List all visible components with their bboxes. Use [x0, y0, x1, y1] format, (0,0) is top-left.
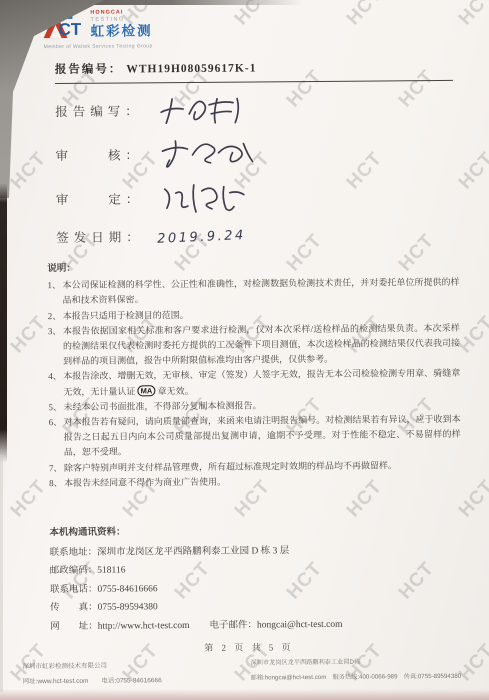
contact-label: 联系地址： [50, 547, 98, 557]
notes-title: 说明： [47, 259, 459, 277]
report-writer-signature-scribble [155, 91, 255, 130]
reviewer-row: 审 核： [55, 145, 143, 180]
approver-row: 审 定： [56, 189, 144, 224]
scanned-report-page: HCTHCTHCTHCTHCTHCTHCTHCTHCTHCTHCTHCTHCTH… [0, 0, 489, 700]
contact-row: 网 址：http://www.hct-test.com电子邮件：hongcai@… [50, 614, 470, 636]
contact-rows: 联系地址：深圳市龙岗区龙平西路鹏利泰工业园 D 栋 3 层邮政编码：518116… [50, 540, 471, 636]
contact-value: 518116 [97, 566, 125, 576]
notes-section: 说明： 1、本公司保证检测的科学性、公正性和准确性，对检测数据负检测技术责任，并… [47, 259, 461, 491]
note-number: 3、 [48, 324, 62, 339]
note-number: 5、 [48, 400, 62, 415]
note-number: 7、 [49, 461, 63, 476]
cma-badge: MA [138, 385, 156, 396]
contact-value: http://www.hct-test.com [98, 620, 190, 631]
reviewer-signature-scribble [155, 135, 259, 174]
contact-label: 电子邮件： [209, 620, 257, 630]
report-number-label: 报告编号： [55, 64, 123, 77]
contact-value: hongcai@hct-test.com [257, 619, 343, 630]
report-writer-label: 报告编写： [55, 104, 143, 119]
note-number: 6、 [49, 415, 63, 430]
footer-company-name: 深圳市虹彩检测技术有限公司 [22, 658, 237, 675]
note-item: 4、本报告涂改、增删无效，无审核、审定（签发）人签字无效，报告无本公司检验检测专… [48, 366, 460, 400]
scan-left-light-edge [0, 455, 3, 692]
contact-label: 联系电话： [50, 584, 98, 594]
logo-name-en1: HONGCAI [90, 9, 152, 15]
issue-date-row: 签发日期： 2019.9.24 [56, 227, 246, 262]
reviewer-label: 审 核： [55, 148, 143, 163]
contact-section: 本机构通讯资料： 联系地址：深圳市龙岗区龙平西路鹏利泰工业园 D 栋 3 层邮政… [49, 521, 470, 636]
page-number: 第 2 页 共 5 页 [4, 639, 489, 656]
footer-hotline: 邮箱:hongcai@hct-test.com 服务热线:400-0066-98… [251, 669, 489, 686]
approver-label: 审 定： [56, 192, 144, 207]
footer-address-block: 深圳市龙岗区龙平西路鹏利泰工业园D栋 邮箱:hongcai@hct-test.c… [250, 654, 489, 686]
logo-text: HONGCAI TESTING 虹彩检测 [90, 9, 152, 38]
contact-label: 传 真： [50, 603, 98, 613]
contact-label: 网 址： [50, 621, 98, 631]
footer-company-contacts: 网址:www.hct-test.com 电话:0755-84616666 [23, 673, 238, 690]
note-item: 6、对本报告若有疑问，请向质量部查询，来函来电请注明报告编号。对检测结果若有异议… [49, 412, 461, 461]
logo-tagline: Member of Waltek Services Testing Group [44, 43, 153, 50]
report-content: CT HONGCAI TESTING 虹彩检测 Member of Waltek… [0, 0, 489, 700]
issue-date-value: 2019.9.24 [157, 228, 246, 247]
note-item: 1、本公司保证检测的科学性、公正性和准确性，对检测数据负检测技术责任，并对委托单… [47, 275, 459, 309]
note-number: 8、 [49, 476, 63, 491]
scan-bottom-edge [0, 689, 489, 700]
issue-date-label: 签发日期： [56, 230, 144, 245]
logo-name-en2: TESTING [90, 16, 152, 22]
report-number-row: 报告编号：WTH19H08059617K-1 [55, 58, 453, 84]
note-item: 3、本报告依据国家相关标准和客户要求进行检测，仅对本次采样/送检样品的检测结果负… [48, 321, 460, 370]
report-writer-row: 报告编写： [55, 101, 143, 136]
note-item: 8、本报告未经同意不得作为商业广告使用。 [49, 473, 461, 491]
logo-ct-letters: CT [58, 20, 81, 40]
report-number-value: WTH19H08059617K-1 [126, 62, 256, 75]
contact-value: 深圳市龙岗区龙平西路鹏利泰工业园 D 栋 3 层 [97, 546, 289, 558]
note-number: 4、 [48, 369, 62, 384]
contact-value: 0755-84616666 [97, 584, 157, 594]
contact-value: 0755-89594380 [98, 602, 158, 612]
logo-name-cn: 虹彩检测 [90, 24, 152, 38]
scan-left-dark-edge [0, 183, 7, 463]
contact-label: 邮政编码： [50, 566, 98, 576]
contact-title: 本机构通讯资料： [49, 521, 469, 543]
footer-company-block: 深圳市虹彩检测技术有限公司 网址:www.hct-test.com 电话:075… [22, 658, 237, 690]
note-number: 2、 [48, 309, 62, 324]
approver-signature-scribble [156, 179, 252, 218]
notes-list: 1、本公司保证检测的科学性、公正性和准确性，对检测数据负检测技术责任，并对委托单… [47, 275, 461, 491]
note-number: 1、 [47, 278, 61, 293]
